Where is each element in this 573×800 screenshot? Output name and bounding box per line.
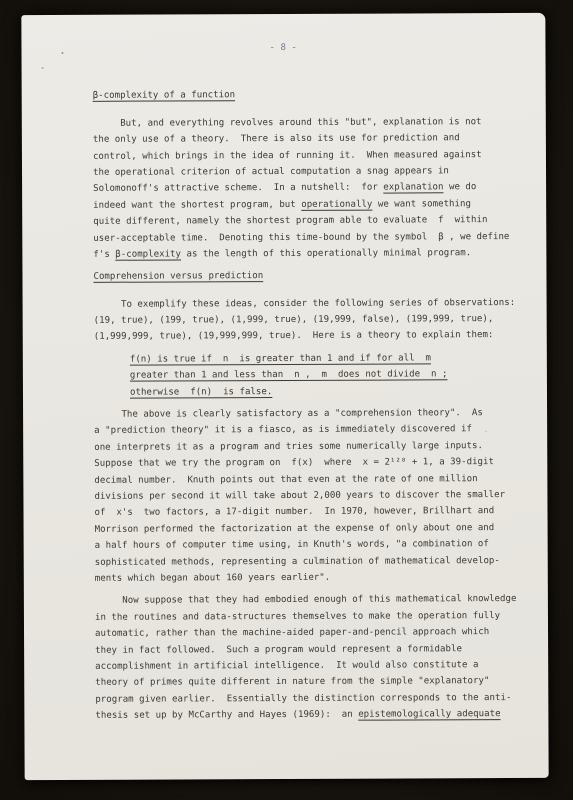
text-line: the only use of a theory. There is also … <box>93 130 524 148</box>
text-run: Now suppose that they had embodied enoug… <box>95 594 517 606</box>
text-line: Now suppose that they had embodied enoug… <box>95 591 526 609</box>
text-run: f's <box>93 250 115 260</box>
text-line: indeed want the shortest program, but op… <box>93 196 524 214</box>
text-line: control, which brings in the idea of run… <box>93 147 524 165</box>
text-run: β-complexity of a function <box>93 91 235 102</box>
text-run: of x's two factors, a 17-digit number. I… <box>94 506 494 518</box>
text-line: a "prediction theory" it is a fiasco, as… <box>94 421 525 439</box>
text-run: we do <box>443 183 476 193</box>
text-line: thesis set up by McCarthy and Hayes (196… <box>95 706 526 724</box>
text-line: decimal number. Knuth points out that ev… <box>94 471 525 489</box>
text-line: one interprets it as a program and tries… <box>94 438 525 456</box>
text-line: accomplishment in artificial intelligenc… <box>95 657 526 675</box>
text-run: divisions per second it will take about … <box>94 490 505 502</box>
text-line: But, and everything revolves around this… <box>93 114 524 132</box>
text-run: user-acceptable time. Denoting this time… <box>93 232 509 244</box>
text-run: program given earlier. Essentially the d… <box>95 693 511 705</box>
text-run: quite different, namely the shortest pro… <box>93 215 487 227</box>
text-run: f(n) is true if n is greater than 1 and … <box>130 353 431 364</box>
text-line: Suppose that we try the program on f(x) … <box>94 454 525 472</box>
page-number: - 8 - <box>269 39 523 56</box>
text-line: program given earlier. Essentially the d… <box>95 690 526 708</box>
paragraph: The above is clearly satisfactory as a "… <box>94 405 526 587</box>
text-line: the operational criterion of actual comp… <box>93 163 524 181</box>
text-run: epistemologically adequate <box>358 709 500 720</box>
text-line: f(n) is true if n is greater than 1 and … <box>130 350 525 368</box>
page-content: - 8 - β-complexity of a function But, an… <box>21 13 548 780</box>
text-line: theory of primes quite different in natu… <box>95 673 526 691</box>
text-line: otherwise f(n) is false. <box>130 383 525 401</box>
section-heading: β-complexity of a function <box>93 86 524 104</box>
text-run: operationally <box>301 199 372 209</box>
text-run: otherwise f(n) is false. <box>130 387 272 398</box>
text-line: divisions per second it will take about … <box>94 487 525 505</box>
text-run: ments which began about 160 years earlie… <box>95 573 330 584</box>
text-run: But, and everything revolves around this… <box>93 117 482 129</box>
text-line: Comprehension versus prediction <box>93 267 524 285</box>
text-line: of x's two factors, a 17-digit number. I… <box>94 503 525 521</box>
text-run: explanation <box>383 183 443 193</box>
text-line: f's β-complexity as the length of this o… <box>93 245 524 263</box>
text-run: β-complexity <box>115 249 181 259</box>
text-line: automatic, rather than the machine-aided… <box>95 624 526 642</box>
text-line: (1,999,999, true), (19,999,999, true). H… <box>94 327 525 345</box>
text-run: a half hours of computer time using, in … <box>95 539 489 551</box>
text-run: we want something <box>372 199 471 209</box>
text-run: To exemplify these ideas, consider the f… <box>94 298 516 310</box>
text-run: the operational criterion of actual comp… <box>93 166 449 178</box>
section-heading: Comprehension versus prediction <box>93 267 524 285</box>
text-run: a "prediction theory" it is a fiasco, as… <box>94 425 472 437</box>
text-line: Solomonoff's attractive scheme. In a nut… <box>93 179 524 197</box>
paragraph: Now suppose that they had embodied enoug… <box>95 591 527 724</box>
text-run: the only use of a theory. There is also … <box>93 133 460 145</box>
text-line: in the routines and data-structures them… <box>95 608 526 626</box>
text-line: sophisticated methods, representing a cu… <box>95 552 526 570</box>
text-run: in the routines and data-structures them… <box>95 611 500 623</box>
text-run: they in fact followed. Such a program wo… <box>95 644 462 656</box>
text-run: Solomonoff's attractive scheme. In a nut… <box>93 183 383 194</box>
text-run: greater than 1 and less than n , m does … <box>130 370 448 381</box>
text-run: sophisticated methods, representing a cu… <box>95 556 500 568</box>
document-body: β-complexity of a function But, and ever… <box>93 86 527 724</box>
text-run: theory of primes quite different in natu… <box>95 676 489 688</box>
paragraph: To exemplify these ideas, consider the f… <box>94 295 525 346</box>
text-line: β-complexity of a function <box>93 86 524 104</box>
paper-page: - 8 - β-complexity of a function But, an… <box>21 13 548 780</box>
text-run: thesis set up by McCarthy and Hayes (196… <box>95 710 358 721</box>
text-run: control, which brings in the idea of run… <box>93 150 482 162</box>
text-run: Suppose that we try the program on f(x) … <box>94 457 494 469</box>
text-line: To exemplify these ideas, consider the f… <box>94 295 525 313</box>
display-block: f(n) is true if n is greater than 1 and … <box>130 350 525 401</box>
text-run: Morrison performed the factorization at … <box>95 523 495 535</box>
text-line: user-acceptable time. Denoting this time… <box>93 228 524 246</box>
text-line: The above is clearly satisfactory as a "… <box>94 405 525 423</box>
text-line: quite different, namely the shortest pro… <box>93 212 524 230</box>
text-line: Morrison performed the factorization at … <box>95 520 526 538</box>
text-run: as the length of this operationally mini… <box>181 248 471 259</box>
text-run: accomplishment in artificial intelligenc… <box>95 660 478 672</box>
text-run: (19, true), (199, true), (1,999, true), … <box>94 314 494 326</box>
text-run: Comprehension versus prediction <box>93 271 263 282</box>
text-line: a half hours of computer time using, in … <box>95 536 526 554</box>
text-line: (19, true), (199, true), (1,999, true), … <box>94 311 525 329</box>
paragraph: But, and everything revolves around this… <box>93 114 525 263</box>
text-line: ments which began about 160 years earlie… <box>95 569 526 587</box>
text-line: greater than 1 and less than n , m does … <box>130 366 525 384</box>
text-run: indeed want the shortest program, but <box>93 200 301 211</box>
text-run: decimal number. Knuth points out that ev… <box>94 474 477 486</box>
text-run: one interprets it as a program and tries… <box>94 441 483 453</box>
text-run: (1,999,999, true), (19,999,999, true). H… <box>94 331 494 343</box>
text-run: automatic, rather than the machine-aided… <box>95 627 489 639</box>
text-line: they in fact followed. Such a program wo… <box>95 640 526 658</box>
text-run: The above is clearly satisfactory as a "… <box>94 408 483 420</box>
